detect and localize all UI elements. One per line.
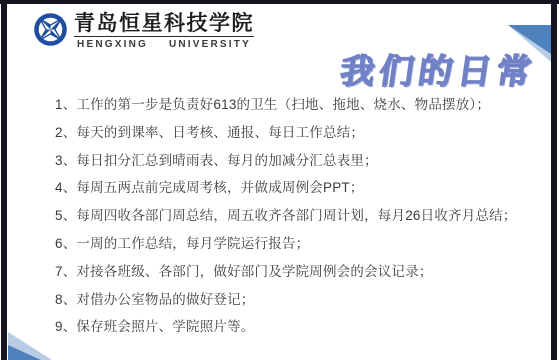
frame-edge-top [0, 0, 559, 4]
logo-english-name: HENGXING UNIVERSITY [74, 39, 254, 50]
list-item: 9、保存班会照片、学院照片等。 [55, 313, 529, 341]
triangle-decoration-bottom-left [8, 331, 53, 360]
university-logo: 青岛恒星科技学院 HENGXING UNIVERSITY [34, 11, 254, 50]
logo-text: 青岛恒星科技学院 HENGXING UNIVERSITY [74, 11, 254, 50]
list-item: 5、每周四收各部门周总结，周五收齐各部门周计划，每月26日收齐月总结； [55, 202, 529, 230]
presentation-slide: 青岛恒星科技学院 HENGXING UNIVERSITY 我们的日常 1、工作的… [0, 0, 559, 360]
slide-title: 我们的日常 [338, 44, 530, 93]
logo-chinese-name: 青岛恒星科技学院 [74, 11, 254, 37]
list-item: 1、工作的第一步是负责好613的卫生（扫地、拖地、烧水、物品摆放）； [55, 91, 529, 119]
list-item: 6、一周的工作总结，每月学院运行报告； [55, 230, 529, 258]
frame-edge-left [1, 4, 7, 360]
list-item: 7、对接各班级、各部门，做好部门及学院周例会的会议记录； [55, 258, 529, 286]
duty-list: 1、工作的第一步是负责好613的卫生（扫地、拖地、烧水、物品摆放）； 2、每天的… [55, 91, 529, 341]
list-item: 3、每日扣分汇总到晴雨表、每月的加减分汇总表里； [55, 147, 529, 175]
list-item: 4、每周五两点前完成周考核，并做成周例会PPT； [55, 174, 529, 202]
list-item: 2、每天的到课率、日考核、通报、每日工作总结； [55, 119, 529, 147]
compass-star-icon [34, 13, 67, 46]
list-item: 8、对借办公室物品的做好登记； [55, 286, 529, 314]
